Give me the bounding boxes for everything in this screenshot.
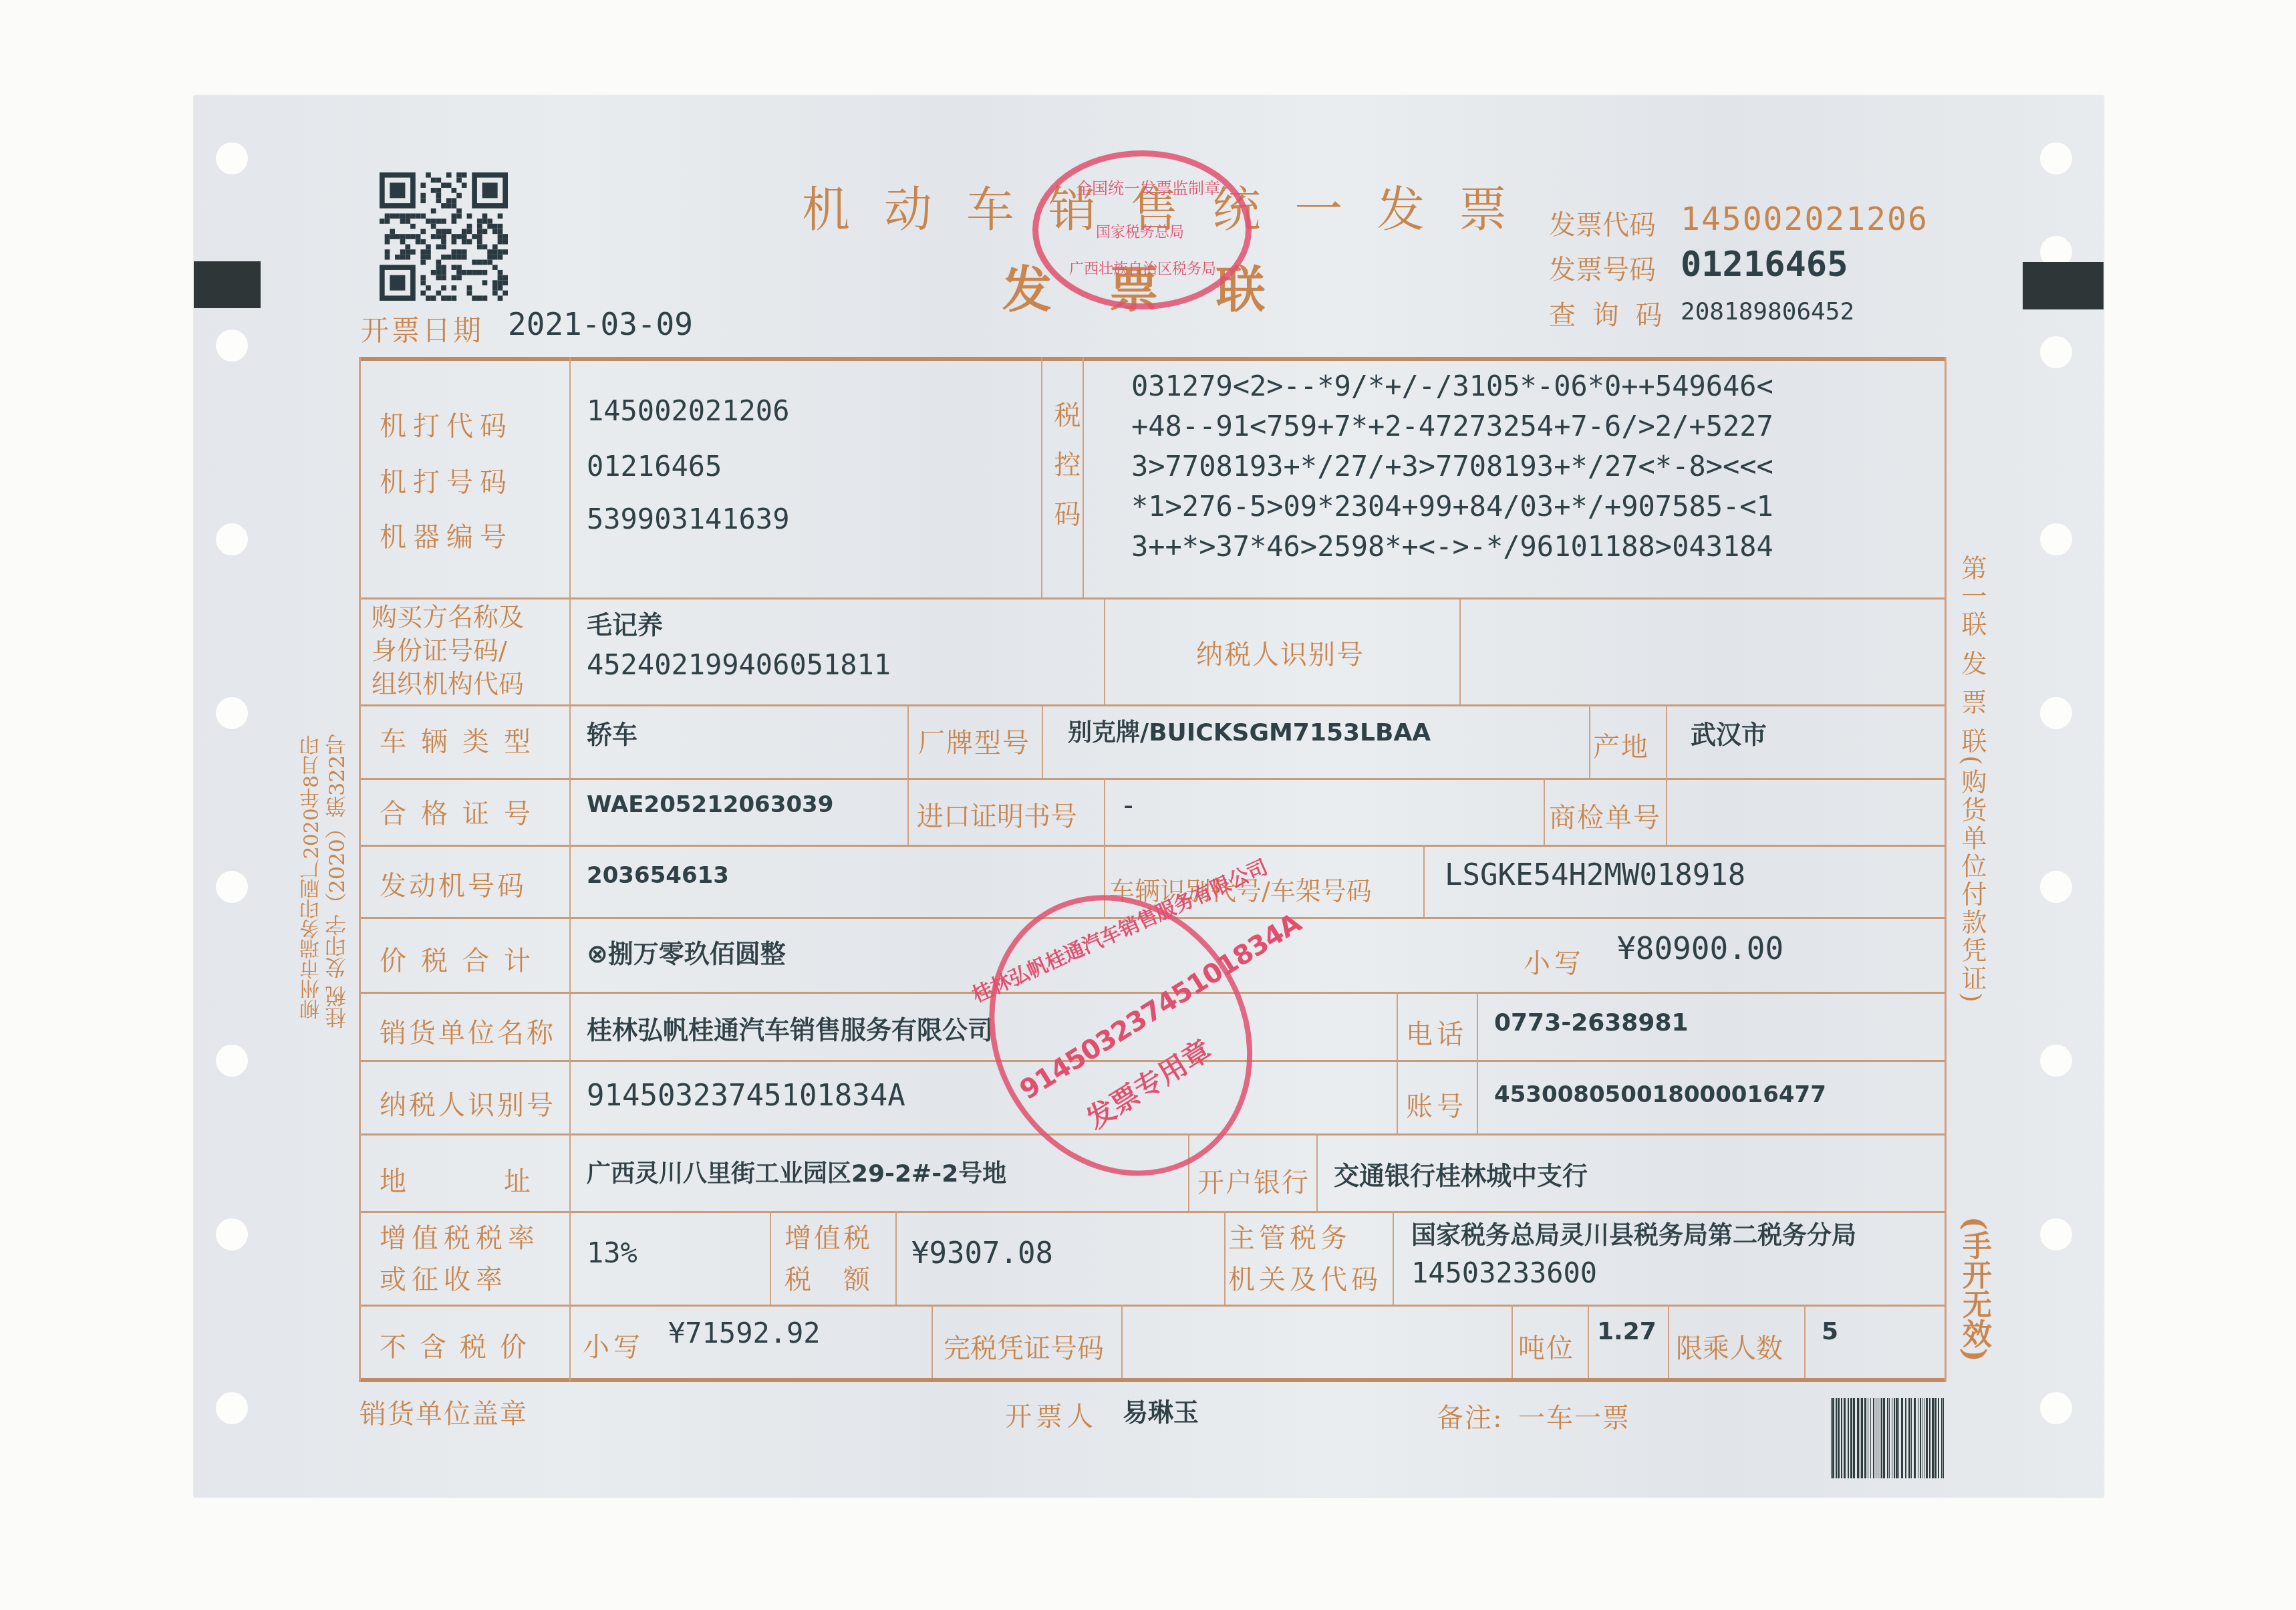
pinhole	[2040, 336, 2072, 368]
pinhole	[216, 329, 248, 362]
certificate-value: WAE205212063039	[587, 791, 833, 818]
pretax-label: 不含税价	[380, 1326, 540, 1364]
buyer-taxpayer-id-label: 纳税人识别号	[1196, 634, 1365, 672]
tax-amount-value: ¥9307.08	[911, 1236, 1053, 1270]
import-cert-label: 进口证明书号	[917, 795, 1077, 833]
buyer-name: 毛记养	[587, 604, 663, 641]
account-value: 453008050018000016477	[1494, 1081, 1826, 1108]
invoice-code-label: 发票代码	[1549, 204, 1656, 242]
pinhole	[216, 697, 248, 729]
issue-date-value: 2021-03-09	[508, 306, 693, 342]
pinhole	[216, 523, 248, 555]
text-line: 或征收率	[380, 1259, 540, 1301]
text-line: 031279<2>--*9/*+/-/3105*-06*0++549646<	[1131, 366, 1773, 406]
tonnage-label: 吨位	[1518, 1327, 1574, 1365]
text-line: 身份证号码/	[372, 634, 524, 667]
qr-code-icon	[380, 172, 508, 301]
buyer-label: 购买方名称及身份证号码/组织机构代码	[372, 600, 524, 700]
copy-designation-text: 第一联 发 票 联(购货单位付款凭证)	[1954, 555, 1991, 1049]
certificate-label: 合格证号	[380, 793, 545, 831]
tax-authority-code: 14503233600	[1411, 1256, 1597, 1289]
pinhole	[2040, 142, 2072, 174]
tax-control-label: 税控码	[1046, 401, 1085, 549]
text-line: 3>7708193+*/27/+3>7708193+*/27<*-8><<<	[1131, 446, 1773, 487]
text-line: 3++*>37*46>2598*+<->-*/96101188>043184	[1131, 527, 1773, 567]
issue-date-label: 开票日期	[361, 309, 484, 349]
engine-number-value: 203654613	[587, 862, 729, 889]
phone-label: 电话	[1406, 1013, 1467, 1051]
address-label: 地 址	[380, 1160, 545, 1198]
tax-control-code: 031279<2>--*9/*+/-/3105*-06*0++549646<+4…	[1131, 366, 1773, 567]
text-line: 增值税	[784, 1218, 873, 1259]
text-line: 机关及代码	[1228, 1259, 1382, 1301]
tax-rate-label: 增值税税率或征收率	[380, 1218, 540, 1301]
registration-mark	[2023, 262, 2104, 309]
tax-authority-label: 主管税务机关及代码	[1228, 1218, 1382, 1301]
vehicle-type-label: 车辆类型	[380, 720, 545, 759]
total-label: 价税合计	[380, 940, 545, 978]
invoice-number-value: 01216465	[1681, 245, 1848, 285]
remark-label: 备注:	[1437, 1397, 1503, 1435]
brand-model-value: 别克牌/BUICKSGM7153LBAA	[1068, 714, 1431, 748]
machine-code-label: 机打代码	[380, 405, 513, 443]
vin-value: LSGKE54H2MW018918	[1445, 858, 1745, 892]
account-label: 账号	[1406, 1085, 1467, 1123]
pinhole	[216, 1218, 248, 1250]
issuer-label: 开票人	[1005, 1395, 1097, 1434]
duty-paid-label: 完税凭证号码	[944, 1327, 1104, 1365]
pinhole	[2040, 697, 2072, 729]
tax-amount-label: 增值税税 额	[784, 1218, 873, 1301]
remark-value: 一车一票	[1518, 1397, 1630, 1435]
printer-permit-text: 桂税 发印字（2020）第322号	[325, 734, 349, 1029]
origin-value: 武汉市	[1691, 714, 1767, 751]
tax-authority-value: 国家税务总局灵川县税务局第二税务分局	[1411, 1215, 1856, 1251]
tonnage-value: 1.27	[1597, 1318, 1657, 1345]
invoice-number-label: 发票号码	[1549, 249, 1656, 287]
pretax-amount-value: ¥71592.92	[668, 1317, 821, 1349]
barcode-icon	[1831, 1398, 1948, 1478]
capacity-value: 5	[1822, 1318, 1838, 1345]
text-line: 组织机构代码	[372, 667, 524, 700]
buyer-id-number: 452402199406051811	[587, 648, 891, 681]
text-line: 增值税税率	[380, 1218, 540, 1259]
machine-number-value: 01216465	[587, 450, 722, 483]
capacity-label: 限乘人数	[1676, 1327, 1783, 1365]
tax-rate-value: 13%	[587, 1236, 637, 1269]
pinhole	[216, 871, 248, 903]
text-line: 购买方名称及	[372, 600, 524, 634]
seller-seal-label: 销货单位盖章	[360, 1393, 528, 1431]
inspection-label: 商检单号	[1549, 797, 1661, 835]
query-code-value: 208189806452	[1681, 298, 1854, 325]
total-lowercase-value: ¥80900.00	[1617, 930, 1783, 966]
pinhole	[2040, 871, 2072, 903]
engine-number-label: 发动机号码	[380, 865, 527, 903]
pinhole	[2040, 1218, 2072, 1250]
import-cert-value: -	[1120, 789, 1137, 821]
pretax-lowercase-label: 小写	[583, 1326, 644, 1364]
address-value: 广西灵川八里街工业园区29-2#-2号地	[587, 1155, 1006, 1189]
text-line: +48--91<759+7*+2-47273254+7-6/>2/+5227	[1131, 406, 1773, 446]
registration-mark	[194, 261, 261, 308]
pinhole	[216, 1045, 248, 1077]
pinhole	[216, 1392, 248, 1424]
seller-taxpayer-id-label: 纳税人识别号	[380, 1084, 556, 1122]
text-line: *1>276-5>09*2304+99+84/03+*/+907585-<1	[1131, 487, 1773, 527]
vehicle-type-value: 轿车	[587, 714, 637, 751]
tax-stamp-top-text: 全国统一发票监制章	[1076, 175, 1220, 198]
pinhole	[216, 142, 248, 174]
printer-name-text: 柳州市瑞务印刷厂2020年8月印	[301, 735, 323, 1019]
bank-value: 交通银行桂林城中支行	[1334, 1155, 1588, 1192]
bank-label: 开户银行	[1197, 1162, 1310, 1200]
machine-number-label: 机打号码	[380, 461, 513, 499]
pinhole	[2040, 1045, 2072, 1077]
seller-name-label: 销货单位名称	[380, 1012, 556, 1050]
device-number-label: 机器编号	[380, 516, 513, 554]
handwritten-invalid-notice: (手开无效)	[1953, 1216, 1995, 1362]
total-lowercase-label: 小写	[1524, 942, 1585, 980]
origin-label: 产地	[1593, 726, 1649, 764]
pinhole	[2040, 523, 2072, 555]
pinhole	[2040, 1392, 2072, 1424]
query-code-label: 查 询 码	[1549, 294, 1666, 332]
invoice-code-value: 145002021206	[1681, 200, 1928, 238]
text-line: 税 额	[784, 1259, 873, 1301]
seller-taxpayer-id-value: 91450323745101834A	[587, 1079, 905, 1113]
issuer-value: 易琳玉	[1123, 1391, 1199, 1428]
machine-code-value: 145002021206	[587, 394, 789, 427]
brand-model-label: 厂牌型号	[918, 722, 1030, 760]
text-line: 主管税务	[1228, 1218, 1382, 1259]
tax-stamp-bottom-text: 广西壮族自治区税务局	[1069, 257, 1216, 278]
phone-value: 0773-2638981	[1494, 1009, 1688, 1037]
device-number-value: 539903141639	[587, 503, 789, 535]
tax-stamp-middle-text: 国家税务总局	[1096, 221, 1184, 241]
total-uppercase: ⊗捌万零玖佰圆整	[587, 933, 786, 970]
